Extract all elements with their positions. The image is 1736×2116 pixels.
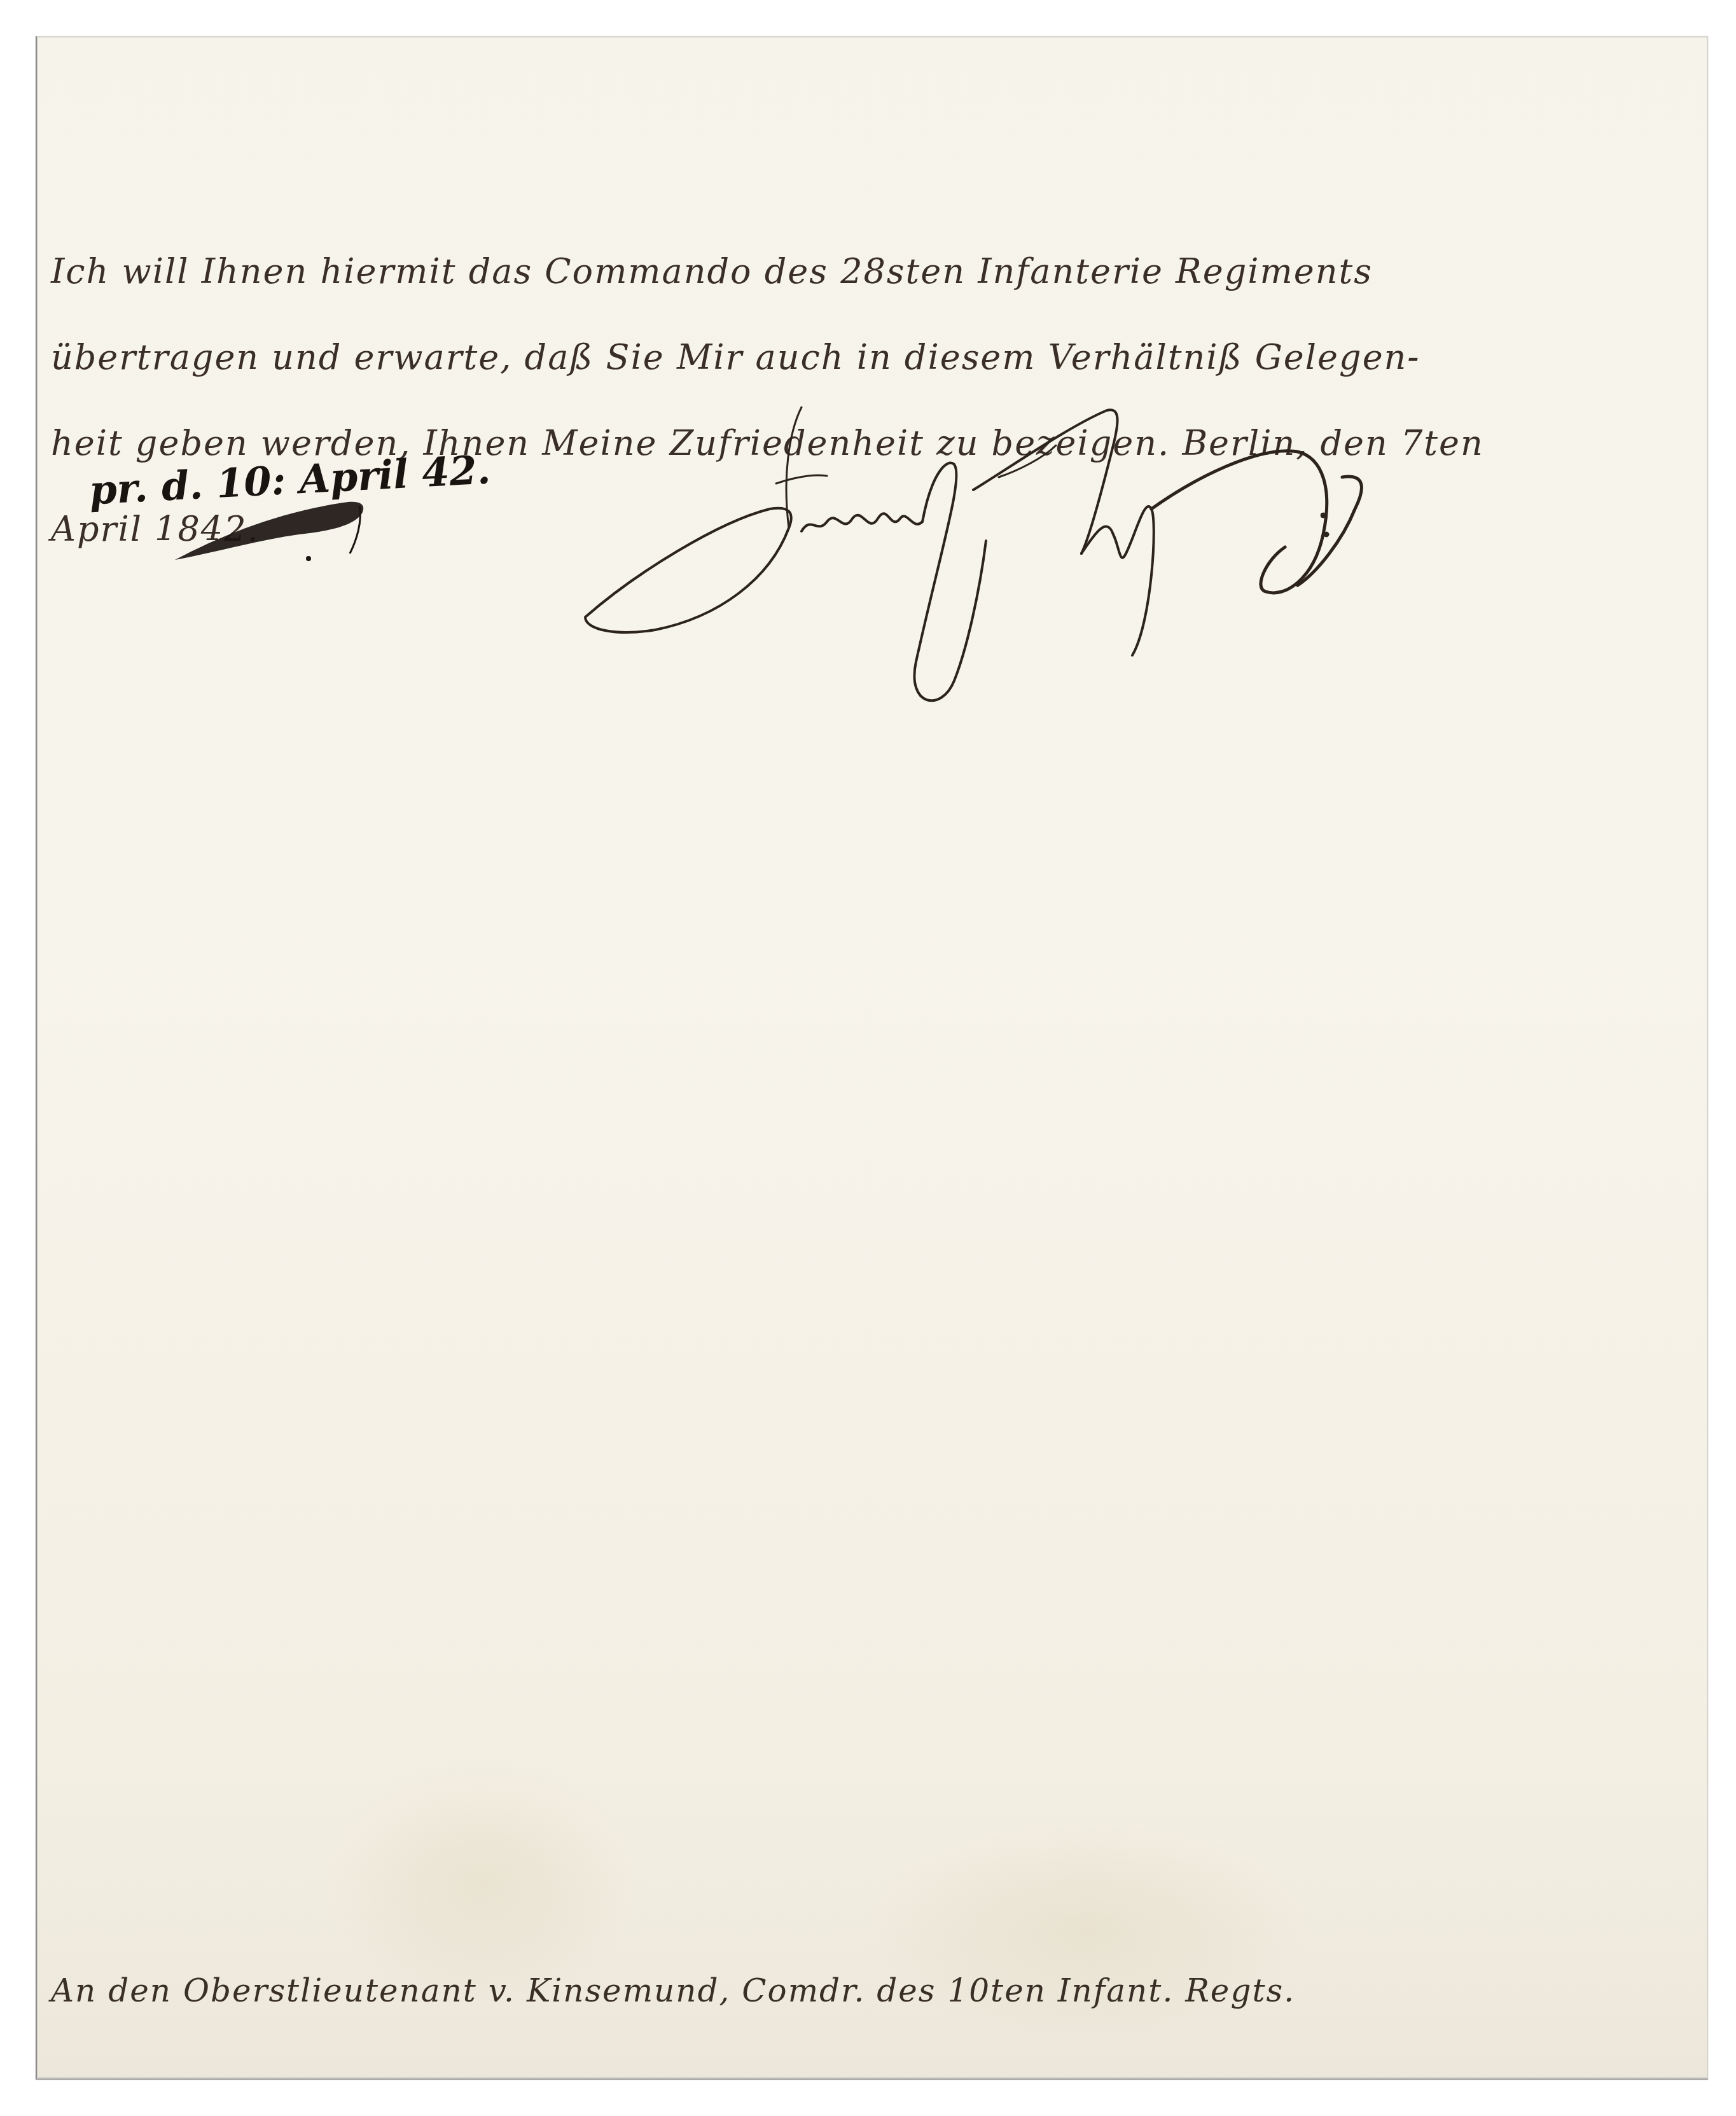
recipient-address-line: An den Oberstlieutenant v. Kinsemund, Co… (51, 1972, 1295, 2009)
ink-flourish-stroke (172, 490, 375, 566)
signature-text: Friedrich Wilhelm (611, 490, 1313, 578)
paper-stain (323, 1754, 641, 2008)
letter-body-line-1: Ich will Ihnen hiermit das Commando des … (51, 251, 1373, 291)
letter-body-line-2: übertragen und erwarte, daß Sie Mir auch… (51, 337, 1420, 377)
